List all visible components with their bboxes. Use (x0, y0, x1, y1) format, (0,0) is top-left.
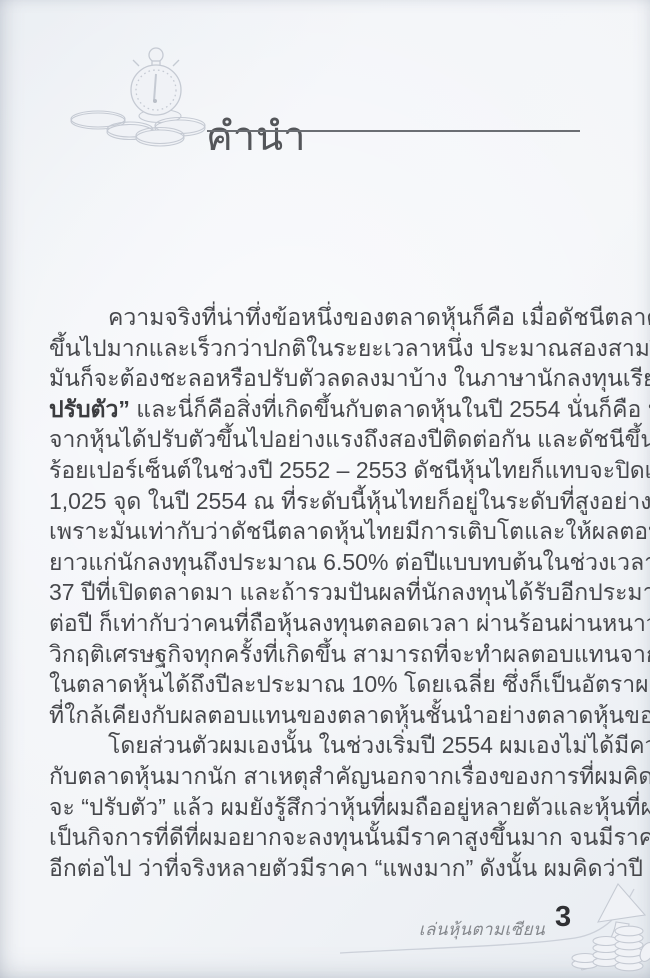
text-line: วิกฤติเศรษฐกิจทุกครั้งที่เกิดขึ้น สามารถ… (49, 639, 597, 670)
text-line: อีกต่อไป ว่าที่จริงหลายตัวมีราคา “แพงมาก… (49, 853, 597, 884)
text-line: 37 ปีที่เปิดตลาดมา และถ้ารวมปันผลที่นักล… (49, 577, 597, 608)
text-line: จากหุ้นได้ปรับตัวขึ้นไปอย่างแรงถึงสองปีต… (49, 424, 597, 455)
text-line: กับตลาดหุ้นมากนัก สาเหตุสำคัญนอกจากเรื่อ… (49, 761, 597, 792)
text-line: จะ “ปรับตัว” แล้ว ผมยังรู้สึกว่าหุ้นที่ผ… (49, 792, 597, 823)
text-line: โดยส่วนตัวผมเองนั้น ในช่วงเริ่มปี 2554 ผ… (49, 730, 597, 761)
text-line: ยาวแก่นักลงทุนถึงประมาณ 6.50% ต่อปีแบบทบ… (49, 547, 597, 578)
text-line: 1,025 จุด ในปี 2554 ณ ที่ระดับนี้หุ้นไทย… (49, 486, 597, 517)
page-number: 3 (555, 901, 571, 934)
footer-book-title: เล่นหุ้นตามเซียน (419, 916, 545, 943)
text-line: ต่อปี ก็เท่ากับว่าคนที่ถือหุ้นลงทุนตลอดเ… (49, 608, 597, 639)
text-line: มันก็จะต้องชะลอหรือปรับตัวลดลงมาบ้าง ในภ… (49, 363, 597, 394)
page-title: คำนำ (206, 113, 306, 161)
paragraph: ความจริงที่น่าทึ่งข้อหนึ่งของตลาดหุ้นก็ค… (49, 302, 597, 730)
text-line: ที่ใกล้เคียงกับผลตอบแทนของตลาดหุ้นชั้นนำ… (49, 700, 597, 731)
paragraph: โดยส่วนตัวผมเองนั้น ในช่วงเริ่มปี 2554 ผ… (49, 730, 597, 883)
text-line: เพราะมันเท่ากับว่าดัชนีตลาดหุ้นไทยมีการเ… (49, 516, 597, 547)
text-line: ความจริงที่น่าทึ่งข้อหนึ่งของตลาดหุ้นก็ค… (49, 302, 597, 333)
text-line: ขึ้นไปมากและเร็วกว่าปกติในระยะเวลาหนึ่ง … (49, 333, 597, 364)
stopwatch-coins-icon (56, 38, 206, 180)
text-line: ร้อยเปอร์เซ็นต์ในช่วงปี 2552 – 2553 ดัชน… (49, 455, 597, 486)
text-line: เป็นกิจการที่ดีที่ผมอยากจะลงทุนนั้นมีราค… (49, 822, 597, 853)
preface-body: ความจริงที่น่าทึ่งข้อหนึ่งของตลาดหุ้นก็ค… (49, 302, 597, 883)
text-line: ในตลาดหุ้นได้ถึงปีละประมาณ 10% โดยเฉลี่ย… (49, 669, 597, 700)
text-line: ปรับตัว” และนี่ก็คือสิ่งที่เกิดขึ้นกับตล… (49, 394, 597, 425)
preface-paragraphs: ความจริงที่น่าทึ่งข้อหนึ่งของตลาดหุ้นก็ค… (49, 302, 597, 883)
title-underline (207, 130, 580, 132)
book-page: คำนำ ความจริงที่น่าทึ่งข้อหนึ่งของตลาดหุ… (0, 0, 650, 978)
rising-arrow-coins-icon (0, 876, 650, 978)
